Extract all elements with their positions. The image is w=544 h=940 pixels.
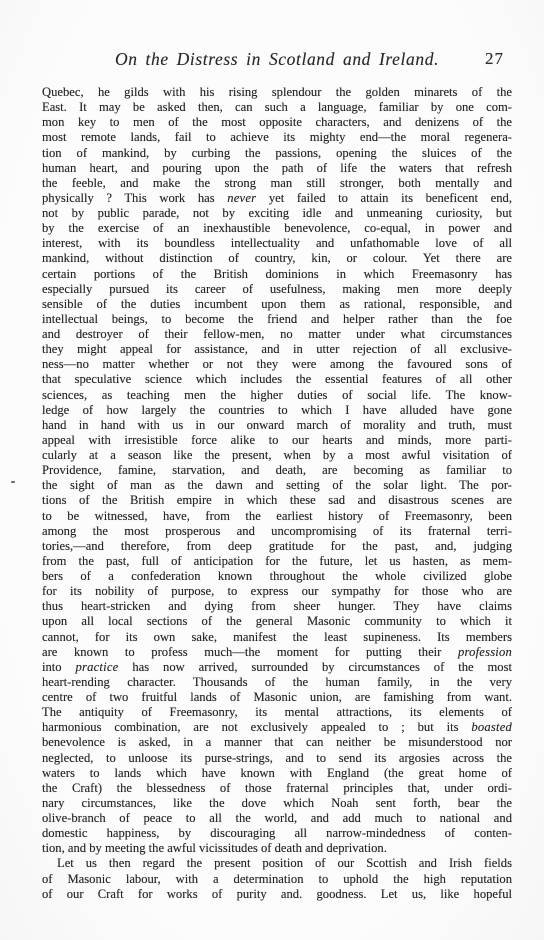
text-line: sciences, as teaching men the higher dut… — [42, 388, 512, 403]
text-line: cannot, for its own sake, manifest the l… — [42, 630, 512, 645]
text-line: benevolence is asked, in a manner that c… — [42, 735, 512, 750]
text-line: tion of mankind, by curbing the passions… — [42, 146, 512, 161]
text-line: physically ? This work has never yet fai… — [42, 191, 512, 206]
text-line: East. It may be asked then, can such a l… — [42, 100, 512, 115]
text-line: that speculative science which includes … — [42, 372, 512, 387]
text-line: tions of the British empire in which the… — [42, 493, 512, 508]
text-line: most remote lands, fail to achieve its m… — [42, 130, 512, 145]
page-text: Quebec, he gilds with his rising splendo… — [42, 85, 512, 902]
text-line: tories,—and therefore, from deep gratitu… — [42, 539, 512, 554]
text-line: cularly at a season like the present, wh… — [42, 448, 512, 463]
text-line: Providence, famine, starvation, and deat… — [42, 463, 512, 478]
text-line: Quebec, he gilds with his rising splendo… — [42, 85, 512, 100]
text-line: waters to lands which have known with En… — [42, 766, 512, 781]
text-line: the feeble, and make the strong man stil… — [42, 176, 512, 191]
text-line: The antiquity of Freemasonry, its mental… — [42, 705, 512, 720]
text-line: heart-rending character. Thousands of th… — [42, 675, 512, 690]
text-line: by the exercise of an inexhaustible bene… — [42, 221, 512, 236]
text-line: human heart, and pouring upon the path o… — [42, 161, 512, 176]
text-line: not by public parade, not by exciting id… — [42, 206, 512, 221]
text-line: appeal with irresistible force alike to … — [42, 433, 512, 448]
text-line: harmonious combination, are not exclusiv… — [42, 720, 512, 735]
text-line: the sight of man as the dawn and setting… — [42, 478, 512, 493]
text-line: hand in hand with us in our onward march… — [42, 418, 512, 433]
text-line: they might appeal for assistance, and in… — [42, 342, 512, 357]
text-line: to be witnessed, have, from the earliest… — [42, 509, 512, 524]
text-line: certain portions of the British dominion… — [42, 267, 512, 282]
text-line: especially pursued its career of usefuln… — [42, 282, 512, 297]
text-line: upon all local sections of the general M… — [42, 614, 512, 629]
text-line: of our Craft for works of purity and. go… — [42, 887, 512, 902]
text-line: tion, and by meeting the awful vicissitu… — [42, 841, 512, 856]
text-line: for its nobility of purpose, to express … — [42, 584, 512, 599]
text-line: the Craft) the blessedness of those frat… — [42, 781, 512, 796]
text-line: are known to profess much—the moment for… — [42, 645, 512, 660]
text-line: of Masonic labour, with a determination … — [42, 872, 512, 887]
text-line: intellectual beings, to become the frien… — [42, 312, 512, 327]
page-number: 27 — [485, 49, 504, 69]
text-line: and destroyer of their fellow-men, no ma… — [42, 327, 512, 342]
print-artifact — [11, 481, 15, 483]
text-line: into practice has now arrived, surrounde… — [42, 660, 512, 675]
text-line: centre of two fruitful lands of Masonic … — [42, 690, 512, 705]
text-line: bers of a confederation known throughout… — [42, 569, 512, 584]
text-line: domestic happiness, by discouraging all … — [42, 826, 512, 841]
book-page: On the Distress in Scotland and Ireland.… — [0, 0, 544, 940]
text-line: mon key to men of the most opposite char… — [42, 115, 512, 130]
text-line: olive-branch of peace to all the world, … — [42, 811, 512, 826]
text-line: from the past, full of anticipation for … — [42, 554, 512, 569]
text-line: sensible of the duties incumbent upon th… — [42, 297, 512, 312]
running-header: On the Distress in Scotland and Ireland.… — [42, 49, 512, 69]
text-line: Let us then regard the present position … — [42, 856, 512, 871]
text-line: neglected, to unloose its purse-strings,… — [42, 751, 512, 766]
text-line: interest, with its boundless intellectua… — [42, 236, 512, 251]
text-line: ness—no matter whether or not they were … — [42, 357, 512, 372]
page-title: On the Distress in Scotland and Ireland. — [42, 49, 512, 70]
text-line: among the most prosperous and uncompromi… — [42, 524, 512, 539]
text-line: thus heart-stricken and dying from sheer… — [42, 599, 512, 614]
text-line: nary circumstances, like the dove which … — [42, 796, 512, 811]
text-line: ledge of how largely the countries to wh… — [42, 403, 512, 418]
text-line: mankind, without distinction of country,… — [42, 251, 512, 266]
